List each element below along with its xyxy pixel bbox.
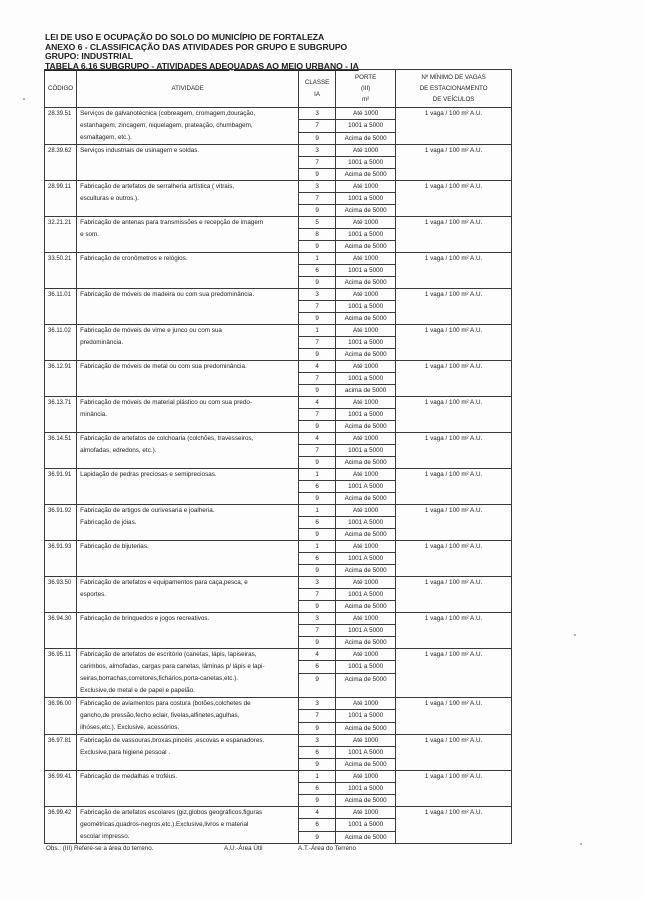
activity-description-line: Fabricação de artefatos escolares (giz,g… (80, 807, 295, 819)
parking-requirement: 1 vaga / 100 m² A.U. (396, 433, 512, 469)
size-range: Acima de 5000 (336, 565, 396, 577)
size-range: Acima de 5000 (336, 421, 396, 433)
class-value: 3 (299, 577, 336, 589)
size-range: 1001 a 5000 (336, 265, 396, 277)
activity-code: 36.93.50 (45, 577, 77, 613)
size-range: Acima de 5000 (336, 493, 396, 505)
activity-description-line: Lapidação de pedras preciosas e semiprec… (80, 469, 295, 481)
size-range: Até 1000 (336, 505, 396, 517)
parking-requirement: 1 vaga / 100 m² A.U. (396, 325, 512, 361)
table-row: 36.13.71Fabricação de móveis de material… (45, 397, 512, 409)
table-row: 36.99.41Fabricação de medalhas e troféus… (45, 771, 512, 783)
size-range: Até 1000 (336, 735, 396, 747)
header-vagas: Nº MÍNIMO DE VAGAS DE ESTACIONAMENTO DE … (396, 70, 512, 108)
class-value: 3 (299, 735, 336, 747)
size-range: 1001 A 5000 (336, 747, 396, 759)
activity-description: Fabricação de cronômetros e relógios. (77, 253, 299, 289)
table-row: 36.93.50Fabricação de artefatos e equipa… (45, 577, 512, 589)
activity-code: 36.14.51 (45, 433, 77, 469)
class-value: 9 (299, 169, 336, 181)
activity-code: 36.91.91 (45, 469, 77, 505)
class-value: 7 (299, 337, 336, 349)
table-row: 36.12.91Fabricação de móveis de metal ou… (45, 361, 512, 373)
activity-code: 36.99.41 (45, 771, 77, 807)
footer-at-legend: A.T.-Área do Terreno (298, 845, 356, 852)
class-value: 1 (299, 469, 336, 481)
class-value: 1 (299, 505, 336, 517)
table-row: 36.99.42Fabricação de artefatos escolare… (45, 807, 512, 819)
class-value: 9 (299, 205, 336, 217)
size-range: 1001 a 5000 (336, 229, 396, 241)
activity-description-line: Exclusive,para higiene pessoal . (80, 747, 295, 759)
activity-description-line: Fabricação de artefatos de serralheria a… (80, 181, 295, 193)
activity-description-line: e som. (80, 229, 295, 241)
activity-code: 36.91.93 (45, 541, 77, 577)
size-range: Até 1000 (336, 469, 396, 481)
activity-code: 32.21.21 (45, 217, 77, 253)
activity-code: 28.39.51 (45, 108, 77, 145)
parking-requirement: 1 vaga / 100 m² A.U. (396, 469, 512, 505)
activity-description: Fabricação de artefatos e equipamentos p… (77, 577, 299, 613)
footer-au-legend: A.U.-Área Útil (224, 845, 263, 852)
parking-requirement: 1 vaga / 100 m² A.U. (396, 541, 512, 577)
scan-speck (580, 843, 582, 845)
size-range: Até 1000 (336, 541, 396, 553)
class-value: 7 (299, 445, 336, 457)
size-range: 1001 a 5000 (336, 710, 396, 722)
document-heading: LEI DE USO E OCUPAÇÃO DO SOLO DO MUNICÍP… (45, 33, 359, 71)
size-range: Acima de 5000 (336, 722, 396, 734)
size-range: Acima de 5000 (336, 313, 396, 325)
table-row: 36.91.91Lapidação de pedras preciosas e … (45, 469, 512, 481)
size-range: Acima de 5000 (336, 759, 396, 771)
size-range: 1001 a 5000 (336, 301, 396, 313)
class-value: 9 (299, 565, 336, 577)
size-range: Até 1000 (336, 649, 396, 661)
size-range: Acima de 5000 (336, 349, 396, 361)
activity-description: Fabricação de móveis de madeira ou com s… (77, 289, 299, 325)
activity-description-line: almofadas, edredons, etc.). (80, 445, 295, 457)
activity-code: 36.97.81 (45, 735, 77, 771)
size-range: Acima de 5000 (336, 241, 396, 253)
class-value: 3 (299, 289, 336, 301)
size-range: Até 1000 (336, 217, 396, 229)
class-value: 1 (299, 325, 336, 337)
activity-description: Fabricação de aviamentos para costura (b… (77, 698, 299, 735)
parking-requirement: 1 vaga / 100 m² A.U. (396, 181, 512, 217)
class-value: 7 (299, 120, 336, 132)
activity-description: Lapidação de pedras preciosas e semiprec… (77, 469, 299, 505)
activity-description-line: ilhóses,etc.). Exclusive, acessórios. (80, 722, 295, 734)
size-range: Até 1000 (336, 771, 396, 783)
class-value: 4 (299, 649, 336, 661)
activity-code: 36.13.71 (45, 397, 77, 433)
table-row: 36.11.02Fabricação de móveis de vime e j… (45, 325, 512, 337)
class-value: 9 (299, 759, 336, 771)
header-classe: CLASSE IA (299, 70, 336, 108)
activity-description-line: gancho,de pressão,fecho eclair, fivelas,… (80, 710, 295, 722)
class-value: 9 (299, 795, 336, 807)
class-value: 7 (299, 301, 336, 313)
size-range: Até 1000 (336, 325, 396, 337)
activity-description-line: Serviços de galvanotécnica (cobreagem, c… (80, 108, 295, 120)
size-range: 1001 a 5000 (336, 819, 396, 831)
class-value: 6 (299, 783, 336, 795)
size-range: Até 1000 (336, 698, 396, 710)
activity-description-line: Fabricação de artefatos e equipamentos p… (80, 577, 295, 589)
class-value: 7 (299, 193, 336, 205)
size-range: acima de 5000 (336, 385, 396, 397)
size-range: Até 1000 (336, 181, 396, 193)
activity-description-line: Fabricação de artefatos de escritório (c… (80, 649, 295, 661)
size-range: Até 1000 (336, 145, 396, 157)
class-value: 7 (299, 373, 336, 385)
activity-description-line: minância. (80, 409, 295, 421)
activities-table: CÓDIGO ATIVIDADE CLASSE IA PORTE (III) m… (44, 69, 512, 844)
class-value: 3 (299, 145, 336, 157)
table-row: 36.14.51Fabricação de artefatos de colch… (45, 433, 512, 445)
table-row: 32.21.21Fabricação de antenas para trans… (45, 217, 512, 229)
activity-description-line: Exclusive,de metal e de papel e papelão. (80, 685, 295, 697)
size-range: 1001 A 5000 (336, 481, 396, 493)
size-range: Até 1000 (336, 613, 396, 625)
parking-requirement: 1 vaga / 100 m² A.U. (396, 361, 512, 397)
activity-description-line: Fabricação de bijuterias. (80, 541, 295, 553)
size-range: Acima de 5000 (336, 601, 396, 613)
size-range: 1001 A 5000 (336, 553, 396, 565)
size-range: 1001 A 5000 (336, 517, 396, 529)
parking-requirement: 1 vaga / 100 m² A.U. (396, 397, 512, 433)
activity-description: Fabricação de móveis de vime e junco ou … (77, 325, 299, 361)
class-value: 9 (299, 313, 336, 325)
class-value: 3 (299, 698, 336, 710)
scan-speck (574, 634, 576, 636)
parking-requirement: 1 vaga / 100 m² A.U. (396, 145, 512, 181)
class-value: 9 (299, 277, 336, 289)
class-value: 4 (299, 433, 336, 445)
parking-requirement: 1 vaga / 100 m² A.U. (396, 577, 512, 613)
size-range: Até 1000 (336, 361, 396, 373)
activity-description-line: seiras,borrachas,corretores,fichários,po… (80, 673, 295, 685)
class-value: 9 (299, 493, 336, 505)
class-value: 9 (299, 529, 336, 541)
class-value: 9 (299, 132, 336, 144)
class-value: 6 (299, 819, 336, 831)
class-value: 3 (299, 181, 336, 193)
class-value: 1 (299, 771, 336, 783)
activity-description-line: Fabricação de cronômetros e relógios. (80, 253, 295, 265)
activity-code: 36.99.42 (45, 807, 77, 844)
size-range: Acima de 5000 (336, 169, 396, 181)
header-codigo: CÓDIGO (45, 70, 77, 108)
activity-description-line: predominância. (80, 337, 295, 349)
header-porte: PORTE (III) m² (336, 70, 396, 108)
class-value: 7 (299, 409, 336, 421)
size-range: 1001 a 5000 (336, 157, 396, 169)
activity-description-line: Fabricação de vassouras,broxas,pincéis ,… (80, 735, 295, 747)
size-range: Acima de 5000 (336, 277, 396, 289)
activity-description: Fabricação de móveis de material plástic… (77, 397, 299, 433)
class-value: 9 (299, 385, 336, 397)
parking-requirement: 1 vaga / 100 m² A.U. (396, 613, 512, 649)
activity-description: Fabricação de medalhas e troféus. (77, 771, 299, 807)
class-value: 6 (299, 265, 336, 277)
table-row: 36.11.01Fabricação de móveis de madeira … (45, 289, 512, 301)
class-value: 4 (299, 807, 336, 819)
activity-description: Fabricação de brinquedos e jogos recreat… (77, 613, 299, 649)
size-range: Acima de 5000 (336, 205, 396, 217)
activity-description-line: Fabricação de móveis de material plástic… (80, 397, 295, 409)
size-range: 1001 a 5000 (336, 120, 396, 132)
activity-description-line: Fabricação de aviamentos para costura (b… (80, 698, 295, 710)
class-value: 6 (299, 553, 336, 565)
size-range: Até 1000 (336, 397, 396, 409)
parking-requirement: 1 vaga / 100 m² A.U. (396, 807, 512, 844)
table-row: 36.97.81Fabricação de vassouras,broxas,p… (45, 735, 512, 747)
table-body: 28.39.51Serviços de galvanotécnica (cobr… (45, 108, 512, 844)
activity-code: 28.99.11 (45, 181, 77, 217)
class-value: 6 (299, 747, 336, 759)
class-value: 7 (299, 157, 336, 169)
class-value: 1 (299, 541, 336, 553)
size-range: Até 1000 (336, 577, 396, 589)
activity-description: Fabricação de bijuterias. (77, 541, 299, 577)
activity-code: 33.50.21 (45, 253, 77, 289)
class-value: 4 (299, 397, 336, 409)
activity-description-line: esculturas e outros.). (80, 193, 295, 205)
activity-code: 36.94.30 (45, 613, 77, 649)
activity-code: 36.91.92 (45, 505, 77, 541)
header-atividade: ATIVIDADE (77, 70, 299, 108)
activity-description-line: Fabricação de brinquedos e jogos recreat… (80, 613, 295, 625)
activity-code: 36.95.11 (45, 649, 77, 698)
class-value: 6 (299, 661, 336, 673)
activity-description: Serviços de galvanotécnica (cobreagem, c… (77, 108, 299, 145)
size-range: Acima de 5000 (336, 831, 396, 843)
size-range: 1001 a 5000 (336, 661, 396, 673)
activity-description-line: esportes. (80, 589, 295, 601)
size-range: Até 1000 (336, 108, 396, 120)
size-range: 1001 a 5000 (336, 337, 396, 349)
activity-description-line: carimbos, almofadas, cargas para canetas… (80, 661, 295, 673)
activity-description: Fabricação de artefatos de colchoaria (c… (77, 433, 299, 469)
size-range: 1001 a 5000 (336, 445, 396, 457)
class-value: 7 (299, 710, 336, 722)
activity-description-line: esmaltagem, etc.). (80, 132, 295, 144)
class-value: 5 (299, 217, 336, 229)
size-range: Acima de 5000 (336, 795, 396, 807)
footer-obs: Obs.: (III) Refere-se a área do terreno. (46, 845, 153, 852)
activity-description: Fabricação de artefatos de escritório (c… (77, 649, 299, 698)
size-range: Acima de 5000 (336, 673, 396, 698)
activity-description: Serviços industriais de usinagem e solda… (77, 145, 299, 181)
class-value: 9 (299, 673, 336, 698)
size-range: 1001 a 5000 (336, 783, 396, 795)
size-range: 1001 A 5000 (336, 589, 396, 601)
parking-requirement: 1 vaga / 100 m² A.U. (396, 505, 512, 541)
class-value: 9 (299, 831, 336, 843)
class-value: 9 (299, 722, 336, 734)
table-row: 36.95.11Fabricação de artefatos de escri… (45, 649, 512, 661)
activity-code: 36.12.91 (45, 361, 77, 397)
parking-requirement: 1 vaga / 100 m² A.U. (396, 217, 512, 253)
activity-description-line: Fabricação de artigos de ourivesaria e j… (80, 505, 295, 517)
size-range: 1001 a 5000 (336, 373, 396, 385)
size-range: Até 1000 (336, 807, 396, 819)
class-value: 8 (299, 229, 336, 241)
activity-description: Fabricação de vassouras,broxas,pincéis ,… (77, 735, 299, 771)
size-range: Até 1000 (336, 289, 396, 301)
size-range: Até 1000 (336, 433, 396, 445)
parking-requirement: 1 vaga / 100 m² A.U. (396, 253, 512, 289)
document-page: LEI DE USO E OCUPAÇÃO DO SOLO DO MUNICÍP… (0, 0, 645, 898)
activity-code: 36.11.01 (45, 289, 77, 325)
class-value: 6 (299, 517, 336, 529)
scan-speck (23, 98, 25, 100)
class-value: 6 (299, 481, 336, 493)
class-value: 9 (299, 601, 336, 613)
parking-requirement: 1 vaga / 100 m² A.U. (396, 735, 512, 771)
table-row: 36.94.30Fabricação de brinquedos e jogos… (45, 613, 512, 625)
parking-requirement: 1 vaga / 100 m² A.U. (396, 698, 512, 735)
activity-description: Fabricação de artigos de ourivesaria e j… (77, 505, 299, 541)
parking-requirement: 1 vaga / 100 m² A.U. (396, 771, 512, 807)
size-range: Acima de 5000 (336, 529, 396, 541)
class-value: 4 (299, 361, 336, 373)
table-row: 28.39.51Serviços de galvanotécnica (cobr… (45, 108, 512, 120)
parking-requirement: 1 vaga / 100 m² A.U. (396, 108, 512, 145)
activity-code: 36.11.02 (45, 325, 77, 361)
size-range: Acima de 5000 (336, 132, 396, 144)
class-value: 1 (299, 253, 336, 265)
size-range: Acima de 5000 (336, 457, 396, 469)
size-range: 1001 A 5000 (336, 625, 396, 637)
activity-description-line: geométricas,quadros-negros,etc.).Exclusi… (80, 819, 295, 831)
table-row: 36.91.93Fabricação de bijuterias.1Até 10… (45, 541, 512, 553)
class-value: 9 (299, 637, 336, 649)
activity-description-line: escolar impresso. (80, 831, 295, 843)
class-value: 7 (299, 625, 336, 637)
activity-description: Fabricação de antenas para transmissões … (77, 217, 299, 253)
activity-code: 36.96.00 (45, 698, 77, 735)
size-range: Até 1000 (336, 253, 396, 265)
activity-description-line: Fabricação de móveis de madeira ou com s… (80, 289, 295, 301)
class-value: 3 (299, 108, 336, 120)
class-value: 9 (299, 241, 336, 253)
activity-description: Fabricação de artefatos de serralheria a… (77, 181, 299, 217)
table-row: 36.91.92Fabricação de artigos de ourives… (45, 505, 512, 517)
activity-description-line: Serviços industriais de usinagem e solda… (80, 145, 295, 157)
class-value: 9 (299, 421, 336, 433)
activity-description: Fabricação de artefatos escolares (giz,g… (77, 807, 299, 844)
class-value: 9 (299, 457, 336, 469)
activity-description-line: Fabricação de medalhas e troféus. (80, 771, 295, 783)
table-row: 36.96.00Fabricação de aviamentos para co… (45, 698, 512, 710)
activity-description-line: Fabricação de artefatos de colchoaria (c… (80, 433, 295, 445)
parking-requirement: 1 vaga / 100 m² A.U. (396, 289, 512, 325)
size-range: 1001 a 5000 (336, 409, 396, 421)
table-row: 28.39.62Serviços industriais de usinagem… (45, 145, 512, 157)
activity-description: Fabricação de móveis de metal ou com sua… (77, 361, 299, 397)
class-value: 9 (299, 349, 336, 361)
table-row: 33.50.21Fabricação de cronômetros e reló… (45, 253, 512, 265)
activity-description-line: Fabricação de móveis de metal ou com sua… (80, 361, 295, 373)
activity-code: 28.39.62 (45, 145, 77, 181)
class-value: 3 (299, 613, 336, 625)
activity-description-line: Fabricação de jóias. (80, 517, 295, 529)
activity-description-line: estanhagem, zincagem, niquelagem, pratea… (80, 120, 295, 132)
size-range: Acima de 5000 (336, 637, 396, 649)
parking-requirement: 1 vaga / 100 m² A.U. (396, 649, 512, 698)
size-range: 1001 a 5000 (336, 193, 396, 205)
table-header-row: CÓDIGO ATIVIDADE CLASSE IA PORTE (III) m… (45, 70, 512, 108)
class-value: 7 (299, 589, 336, 601)
activity-description-line: Fabricação de antenas para transmissões … (80, 217, 295, 229)
table-row: 28.99.11Fabricação de artefatos de serra… (45, 181, 512, 193)
activity-description-line: Fabricação de móveis de vime e junco ou … (80, 325, 295, 337)
